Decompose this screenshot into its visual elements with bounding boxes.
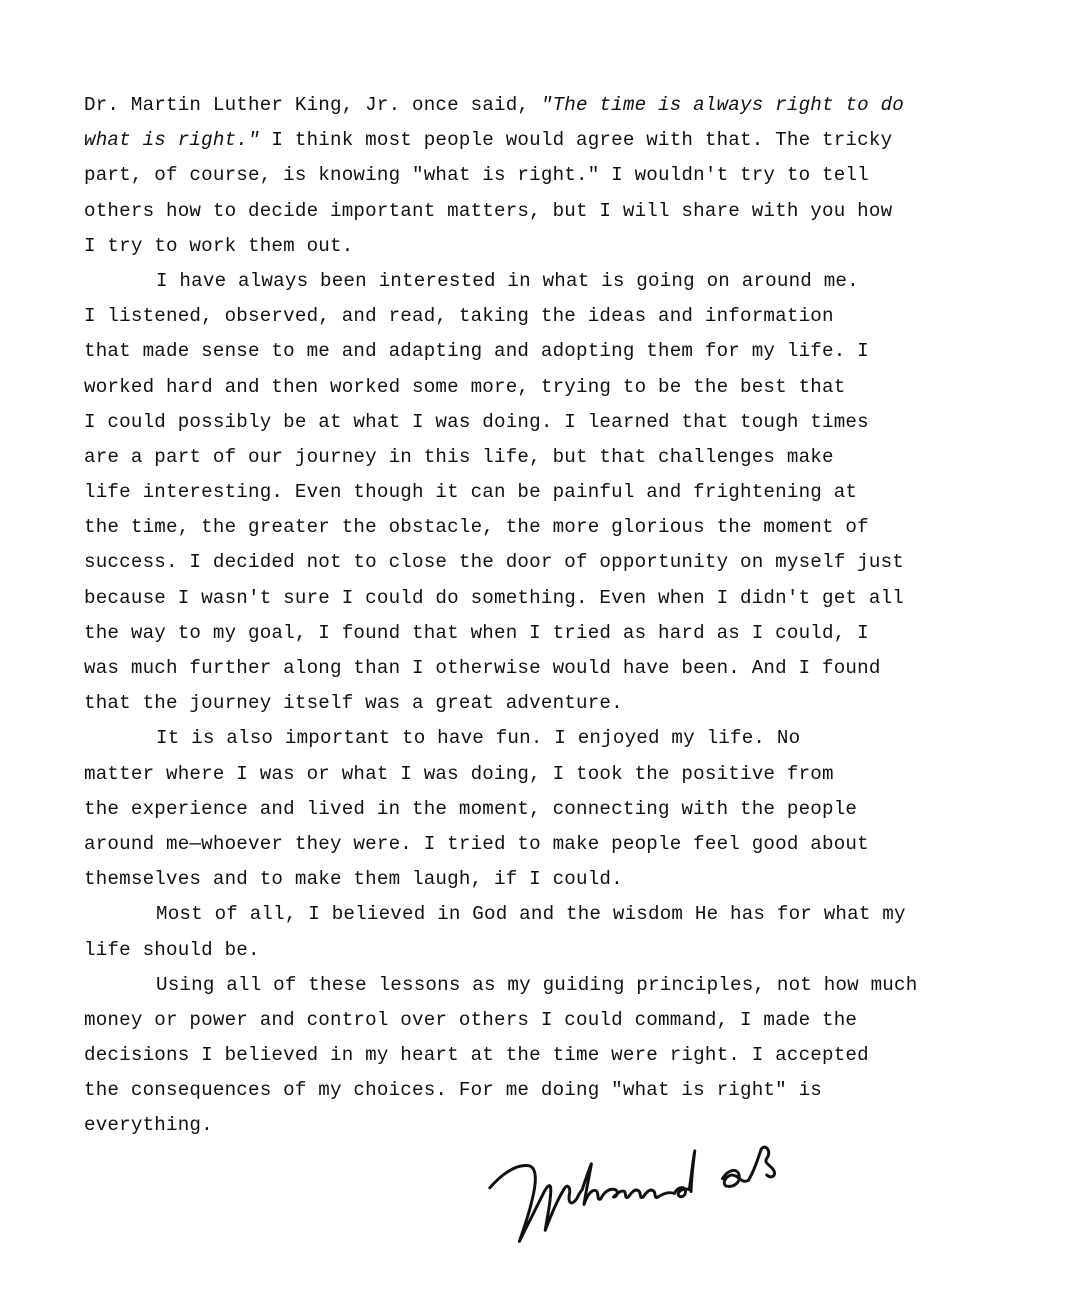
text-run: Most of all, I believed in God and the w…: [156, 903, 906, 925]
text-line: the way to my goal, I found that when I …: [84, 616, 1024, 651]
text-run: themselves and to make them laugh, if I …: [84, 868, 623, 890]
text-run: others how to decide important matters, …: [84, 200, 892, 222]
text-run: Using all of these lessons as my guiding…: [156, 974, 917, 996]
signature-drawing: [476, 1138, 836, 1258]
signature-icon: [476, 1138, 836, 1258]
quote-text: "The time is always right to do: [541, 94, 904, 116]
text-run: It is also important to have fun. I enjo…: [156, 727, 800, 749]
quote-text: what is right.": [84, 129, 260, 151]
text-line: life should be.: [84, 933, 1024, 968]
text-line: Using all of these lessons as my guiding…: [84, 968, 1024, 1003]
text-line: the time, the greater the obstacle, the …: [84, 510, 1024, 545]
text-run: life interesting. Even though it can be …: [84, 481, 857, 503]
text-run: matter where I was or what I was doing, …: [84, 763, 834, 785]
text-run: I think most people would agree with tha…: [260, 129, 893, 151]
text-run: around me—whoever they were. I tried to …: [84, 833, 869, 855]
text-run: decisions I believed in my heart at the …: [84, 1044, 869, 1066]
text-line: the experience and lived in the moment, …: [84, 792, 1024, 827]
text-run: the consequences of my choices. For me d…: [84, 1079, 822, 1101]
text-line: I have always been interested in what is…: [84, 264, 1024, 299]
text-line: that made sense to me and adapting and a…: [84, 334, 1024, 369]
text-run: because I wasn't sure I could do somethi…: [84, 587, 904, 609]
text-line: that the journey itself was a great adve…: [84, 686, 1024, 721]
text-run: the way to my goal, I found that when I …: [84, 622, 869, 644]
letter-body: Dr. Martin Luther King, Jr. once said, "…: [84, 88, 1024, 1144]
text-line: matter where I was or what I was doing, …: [84, 757, 1024, 792]
text-run: that the journey itself was a great adve…: [84, 692, 623, 714]
text-run: life should be.: [84, 939, 260, 961]
text-run: part, of course, is knowing "what is rig…: [84, 164, 869, 186]
text-line: themselves and to make them laugh, if I …: [84, 862, 1024, 897]
text-line: was much further along than I otherwise …: [84, 651, 1024, 686]
text-line: It is also important to have fun. I enjo…: [84, 721, 1024, 756]
text-run: success. I decided not to close the door…: [84, 551, 904, 573]
text-run: that made sense to me and adapting and a…: [84, 340, 869, 362]
document-page: Dr. Martin Luther King, Jr. once said, "…: [0, 0, 1080, 1294]
text-line: I try to work them out.: [84, 229, 1024, 264]
text-line: around me—whoever they were. I tried to …: [84, 827, 1024, 862]
text-line: Most of all, I believed in God and the w…: [84, 897, 1024, 932]
text-run: worked hard and then worked some more, t…: [84, 376, 845, 398]
text-line: part, of course, is knowing "what is rig…: [84, 158, 1024, 193]
text-run: I try to work them out.: [84, 235, 353, 257]
text-run: the time, the greater the obstacle, the …: [84, 516, 869, 538]
text-run: are a part of our journey in this life, …: [84, 446, 834, 468]
text-line: because I wasn't sure I could do somethi…: [84, 581, 1024, 616]
text-run: I listened, observed, and read, taking t…: [84, 305, 834, 327]
text-run: money or power and control over others I…: [84, 1009, 857, 1031]
text-run: Dr. Martin Luther King, Jr. once said,: [84, 94, 541, 116]
text-run: I have always been interested in what is…: [156, 270, 859, 292]
text-line: others how to decide important matters, …: [84, 194, 1024, 229]
text-line: I could possibly be at what I was doing.…: [84, 405, 1024, 440]
text-line: life interesting. Even though it can be …: [84, 475, 1024, 510]
text-line: I listened, observed, and read, taking t…: [84, 299, 1024, 334]
text-run: everything.: [84, 1114, 213, 1136]
text-line: money or power and control over others I…: [84, 1003, 1024, 1038]
text-run: I could possibly be at what I was doing.…: [84, 411, 869, 433]
text-line: what is right." I think most people woul…: [84, 123, 1024, 158]
text-line: decisions I believed in my heart at the …: [84, 1038, 1024, 1073]
text-run: the experience and lived in the moment, …: [84, 798, 857, 820]
text-line: success. I decided not to close the door…: [84, 545, 1024, 580]
text-run: was much further along than I otherwise …: [84, 657, 881, 679]
text-line: worked hard and then worked some more, t…: [84, 370, 1024, 405]
text-line: the consequences of my choices. For me d…: [84, 1073, 1024, 1108]
text-line: Dr. Martin Luther King, Jr. once said, "…: [84, 88, 1024, 123]
text-line: are a part of our journey in this life, …: [84, 440, 1024, 475]
